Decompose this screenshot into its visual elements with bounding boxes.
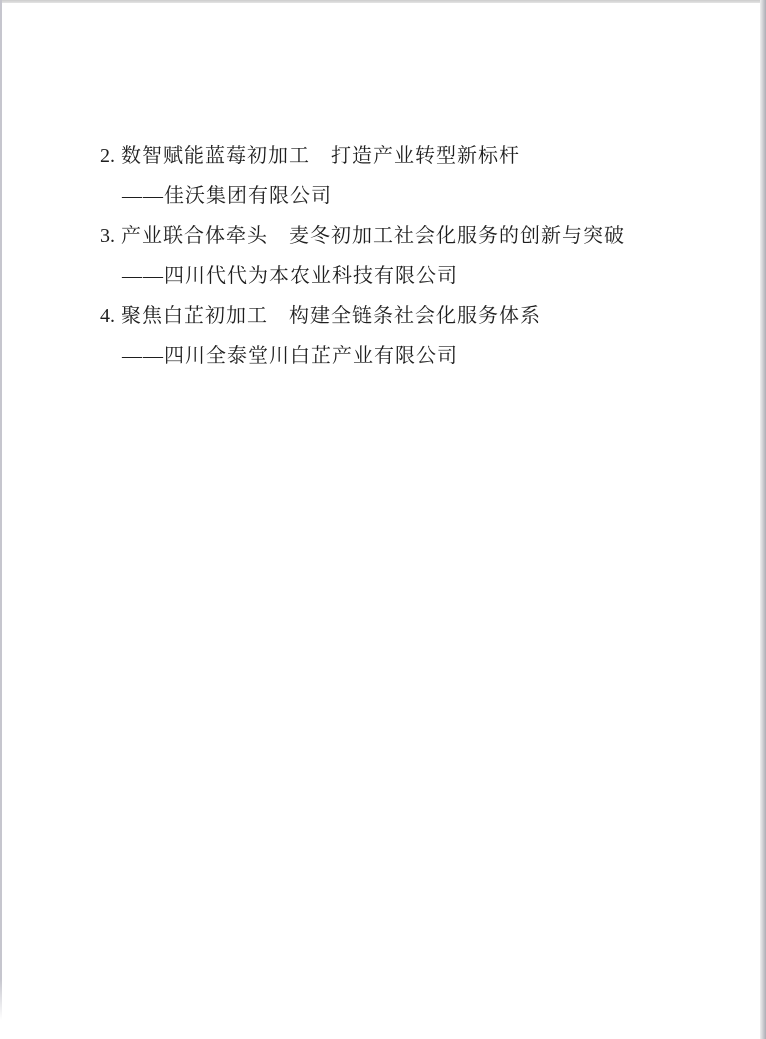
- entry-title: 数智赋能蓝莓初加工 打造产业转型新标杆: [121, 145, 520, 167]
- entry-title-line: 3.产业联合体牵头 麦冬初加工社会化服务的创新与突破: [100, 216, 625, 256]
- entry-number: 2.: [100, 136, 115, 176]
- entry-company: ——佳沃集团有限公司: [122, 185, 332, 207]
- toc-entry: 3.产业联合体牵头 麦冬初加工社会化服务的创新与突破 ——四川代代为本农业科技有…: [100, 216, 625, 296]
- entry-title-line: 4.聚焦白芷初加工 构建全链条社会化服务体系: [100, 296, 625, 336]
- entry-title: 产业联合体牵头 麦冬初加工社会化服务的创新与突破: [121, 225, 625, 247]
- document-page: 2.数智赋能蓝莓初加工 打造产业转型新标杆 ——佳沃集团有限公司 3.产业联合体…: [0, 0, 766, 1039]
- page-edge-right: [760, 0, 766, 1039]
- entry-company: ——四川全泰堂川白芷产业有限公司: [122, 345, 458, 367]
- entry-company: ——四川代代为本农业科技有限公司: [122, 265, 458, 287]
- entry-title-line: 2.数智赋能蓝莓初加工 打造产业转型新标杆: [100, 136, 625, 176]
- entry-number: 4.: [100, 296, 115, 336]
- entry-title: 聚焦白芷初加工 构建全链条社会化服务体系: [121, 305, 541, 327]
- page-edge-top: [0, 0, 766, 3]
- entry-company-line: ——佳沃集团有限公司: [100, 176, 625, 216]
- toc-entry: 2.数智赋能蓝莓初加工 打造产业转型新标杆 ——佳沃集团有限公司: [100, 136, 625, 216]
- page-edge-left: [0, 0, 2, 1020]
- entry-company-line: ——四川全泰堂川白芷产业有限公司: [100, 336, 625, 376]
- entry-number: 3.: [100, 216, 115, 256]
- toc-list: 2.数智赋能蓝莓初加工 打造产业转型新标杆 ——佳沃集团有限公司 3.产业联合体…: [100, 136, 625, 376]
- entry-company-line: ——四川代代为本农业科技有限公司: [100, 256, 625, 296]
- toc-entry: 4.聚焦白芷初加工 构建全链条社会化服务体系 ——四川全泰堂川白芷产业有限公司: [100, 296, 625, 376]
